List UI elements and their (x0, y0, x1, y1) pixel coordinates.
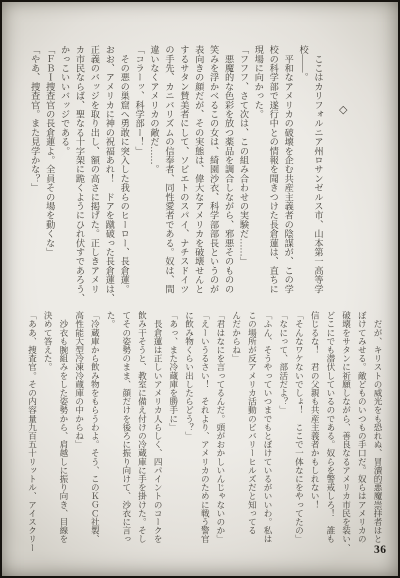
text-column: 「えーいうるさい！ それより、アメリカのために戦う警官 (197, 311, 213, 547)
text-column: 「フフフ、さて次は、この組み合わせの実験だ……」 (236, 45, 251, 301)
text-column: た。 (102, 311, 118, 547)
text-column: 長倉蓮は正しいアメリカ人らしく、四パイントのコークを (149, 311, 165, 547)
text-column: 「あっ、また冷蔵庫を勝手に」 (165, 311, 181, 547)
text-column: 表向きの顔だが、その実態は、偉大なアメリカを破壊せんと (191, 45, 206, 301)
text-column: 「コラーッ、科学部ー！」 (131, 45, 146, 301)
text-column: 「なにって、部活だよ？」 (275, 311, 291, 547)
text-column: だが、キリストの威光をも恐れぬ、冒瀆的悪魔崇拝者はと (369, 311, 385, 547)
text-column: 信じるな！ 君の父親も共産主義者かもしれない！ (306, 311, 322, 547)
text-column: の手先、カニバリズムの信奉者、同性愛者である。奴は、間 (161, 45, 176, 301)
text-column: 悪魔的な色彩を放つ薬品を調合しながら、邪悪そのものの (221, 45, 236, 301)
text-column: 平和なアメリカの破壊を企む共産主義者の陰謀が、この学 (280, 45, 295, 301)
text-column: かっこいいバッジである。 (57, 45, 72, 301)
text-column: に飲み物くらい出したらどう？」 (181, 311, 197, 547)
text-column: 高性能大型冷凍冷蔵庫の中からね」 (71, 311, 87, 547)
text-column: 破壊をサタンに祈願しながら、善良なるアメリカ市民を装い、 (338, 311, 354, 547)
text-column: 正義のバッジを取り出し、額の高さに掲げた。正しきアメリ (87, 45, 102, 301)
top-text-block: ここはカリフォルニア州ロサンゼルス市、山本第一高等学校――。 平和なアメリカの破… (27, 45, 325, 301)
text-column: 「ああ、捜査官。その内容量九百五十リットル、アイスクリー (24, 311, 40, 547)
text-column: 「やあ、捜査官。また見学かな？」 (27, 45, 42, 301)
text-column: 「君はなにを言ってるんだ。頭がおかしいんじゃないのか」 (212, 311, 228, 547)
text-column: 現場に向かった。 (250, 45, 265, 301)
text-column: するサタン賛美者にして、ソビエトのスパイ、ナチスドイツ (176, 45, 191, 301)
text-column: んだからね」 (228, 311, 244, 547)
text-column: てその姿勢のまま、顔だけを後ろに振り向けて、沙衣に言っ (118, 311, 134, 547)
section-divider-icon: ◇ (339, 103, 347, 116)
text-column: 飲み干そうと、教室に備え付けの冷蔵庫に手を掛けた。そし (134, 311, 150, 547)
text-column: ぼけてみせる。敵どものいつもの手口だ。奴らはアメリカの (354, 311, 370, 547)
text-column: 決めて答えた。 (40, 311, 56, 547)
text-column: どこにでも潜伏しているのである。奴らを警戒しろ！ 誰も (322, 311, 338, 547)
text-column: カ市民ならば、聖なる十字架に跪くようにひれ伏すであろう、 (72, 45, 87, 301)
text-column: おお、アメリカに神の祝福あれ！ ドアを蹴破った長倉蓮は、 (101, 45, 116, 301)
text-column: 沙衣も腕組みをした姿勢から、肩越しに振り向き、目線を (55, 311, 71, 547)
text-column: 「ＦＢＩ捜査官の長倉蓮よ。全員その場を動くな」 (42, 45, 57, 301)
page-number: 36 (374, 544, 387, 556)
text-column: 校――。 (295, 45, 310, 301)
text-column: 笑みを浮かべるこの女は、綺園沙衣、科学部部長というのが (206, 45, 221, 301)
book-page: ◇ ここはカリフォルニア州ロサンゼルス市、山本第一高等学校――。 平和なアメリカ… (0, 0, 400, 578)
text-column: 「ふん、そうやっていつまでもとぼけているがいいわ。私は (259, 311, 275, 547)
bottom-text-block: だが、キリストの威光をも恐れぬ、冒瀆的悪魔崇拝者はとぼけてみせる。敵どものいつも… (24, 311, 385, 547)
text-column: 「冷蔵庫から飲み物をもらうわよ。そう、このＫＧＣ社製、 (87, 311, 103, 547)
text-column: 「そんなワケないでしょ！ ここで一体なにをやってたの」 (291, 311, 307, 547)
text-column: 違いなくアメリカの敵だ……。 (146, 45, 161, 301)
text-column: 校の科学部で遂行中との情報を聞きつけた長倉蓮は、直ちに (265, 45, 280, 301)
text-column: その悪の巣窟へ勇敢に突入した我らのヒーロー、長倉蓮。 (116, 45, 131, 301)
text-column: この場所が反アメリカ活動のビバリーヒルズだと知ってる (244, 311, 260, 547)
text-column: ここはカリフォルニア州ロサンゼルス市、山本第一高等学 (310, 45, 325, 301)
